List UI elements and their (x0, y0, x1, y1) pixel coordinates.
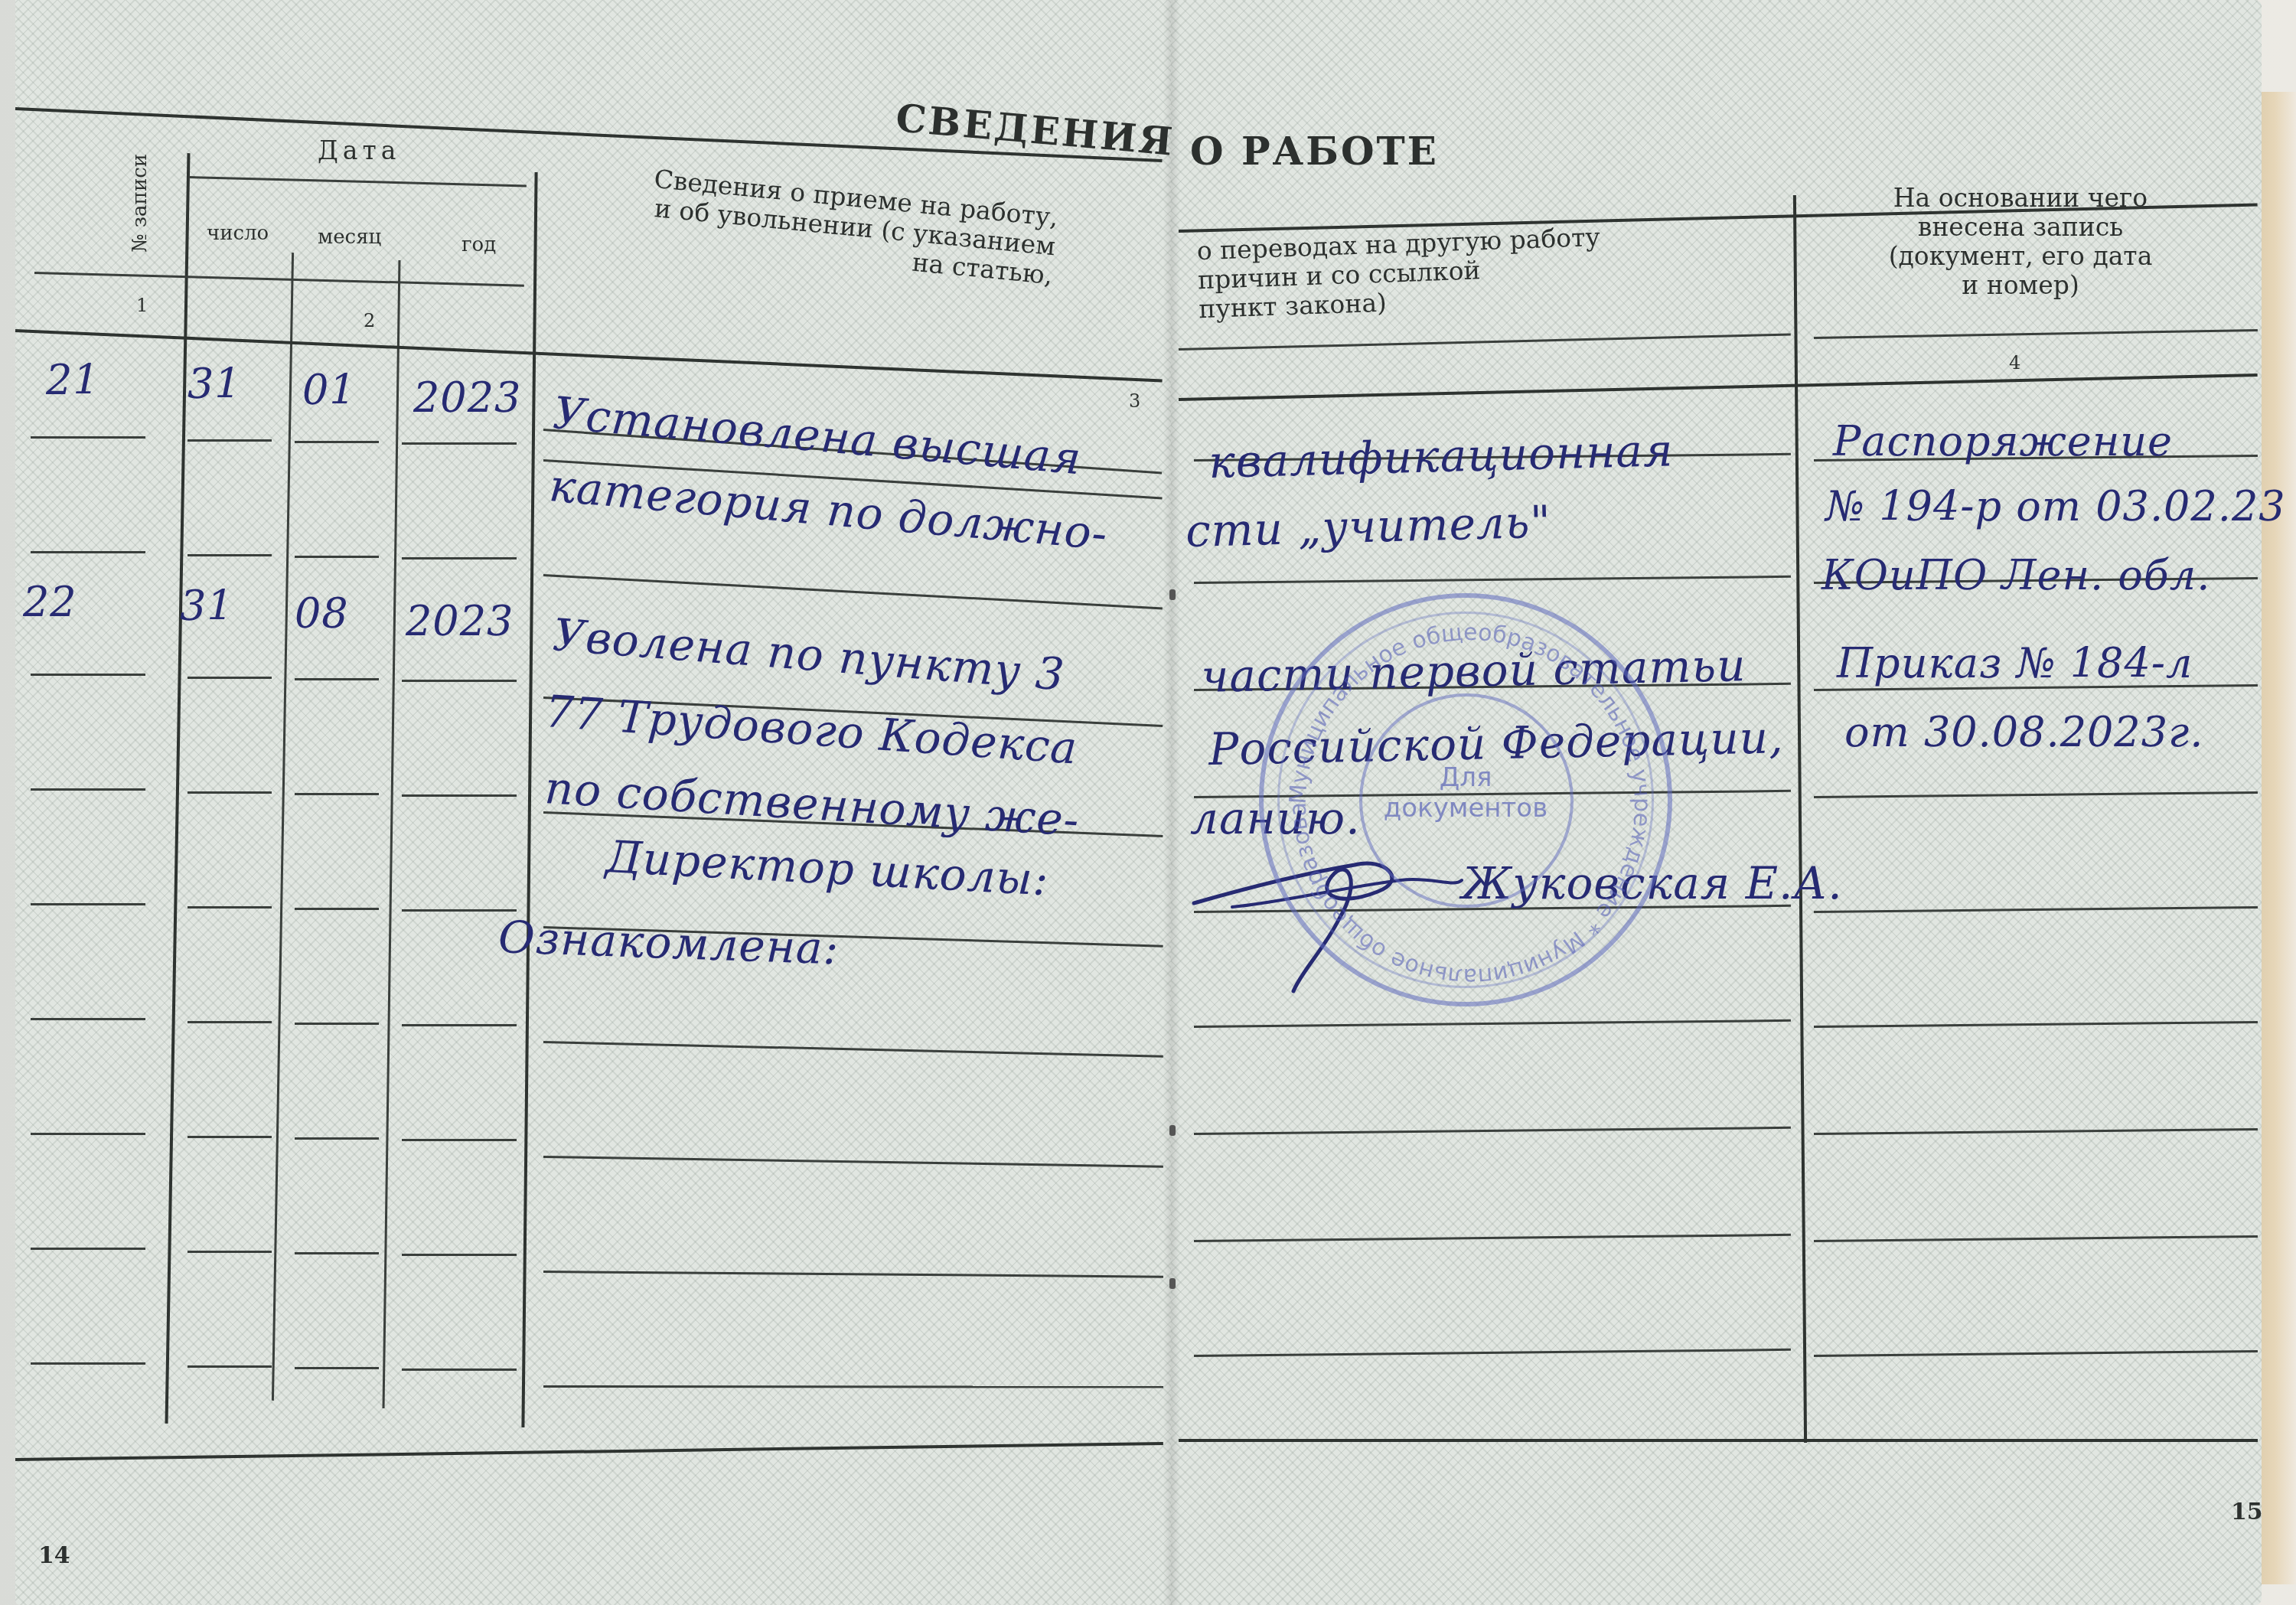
entry-22-basis-1: Приказ № 184-л (1837, 639, 2193, 687)
row-rule (295, 1023, 379, 1025)
row-rule (188, 1365, 272, 1368)
organization-stamp: Муниципальное общеобразовательное учрежд… (1259, 593, 1672, 1006)
row-rule (188, 1021, 272, 1023)
title-right: О РАБОТЕ (1190, 129, 1439, 174)
entry-22-basis-2: от 30.08.2023г. (1844, 708, 2204, 756)
row-rule (402, 1368, 517, 1371)
row-rule (295, 556, 379, 558)
header-info-right: о переводах на другую работу причин и со… (1196, 223, 1603, 324)
entry-21-basis-3: КОиПО Лен. обл. (1821, 551, 2210, 599)
binding-stitch (1169, 1278, 1176, 1289)
entry-21-number: 21 (46, 356, 100, 404)
entry-21-day: 31 (188, 360, 242, 408)
row-rule (295, 441, 379, 443)
entry-21-month: 01 (302, 366, 357, 414)
header-day: число (207, 222, 269, 245)
employment-record-spread: СВЕДЕНИЯ О РАБОТЕ № записи Дата число ме… (15, 0, 2262, 1605)
row-rule (31, 1133, 145, 1135)
row-rule (295, 678, 379, 680)
entry-22-number: 22 (23, 578, 77, 626)
entry-21-year: 2023 (413, 374, 521, 422)
row-rule (402, 1254, 517, 1256)
row-rule (188, 791, 272, 794)
entry-22-day: 31 (180, 582, 234, 630)
row-rule (31, 674, 145, 676)
stamp-center-line2: документов (1264, 793, 1668, 824)
page-number-right: 15 (2231, 1499, 2263, 1525)
entry-22-month: 08 (295, 589, 349, 638)
header-entry-no: № записи (129, 154, 152, 253)
row-rule (402, 557, 517, 559)
stamp-center-line1: Для (1264, 762, 1668, 793)
header-date: Дата (318, 136, 400, 165)
row-rule (295, 908, 379, 910)
row-rule (402, 794, 517, 797)
row-rule (402, 1024, 517, 1026)
row-rule (31, 1362, 145, 1365)
row-rule (188, 554, 272, 556)
header-year: год (461, 233, 496, 256)
row-rule (31, 1018, 145, 1020)
binding-stitch (1169, 589, 1176, 600)
row-rule (295, 1252, 379, 1254)
entry-21-basis-2: № 194-р от 03.02.23 (1825, 482, 2286, 530)
row-rule (402, 680, 517, 682)
row-rule (188, 677, 272, 679)
row-rule (543, 1385, 1163, 1388)
binding-stitch (1169, 1125, 1176, 1136)
row-rule (188, 1136, 272, 1138)
col-number-4: 4 (2009, 352, 2020, 374)
row-rule (295, 1367, 379, 1369)
row-rule (188, 906, 272, 909)
row-rule (295, 793, 379, 795)
entry-22-year: 2023 (406, 597, 514, 645)
row-rule (31, 551, 145, 553)
entry-21-text-right-2: сти „учитель" (1185, 496, 1552, 557)
row-rule (402, 442, 517, 445)
row-rule (188, 439, 272, 442)
row-rule (402, 1139, 517, 1141)
row-rule (295, 1137, 379, 1140)
row-rule (31, 1248, 145, 1250)
row-rule (31, 788, 145, 791)
col-number-1: 1 (136, 295, 148, 316)
header-month: месяц (318, 226, 381, 249)
header-basis: На основании чего внесена запись (докуме… (1837, 184, 2204, 300)
row-rule (31, 436, 145, 439)
col-number-2: 2 (364, 310, 375, 331)
row-rule (31, 903, 145, 905)
entry-21-basis-1: Распоряжение (1833, 417, 2173, 465)
book-gutter (1163, 0, 1180, 1605)
col-number-3: 3 (1129, 390, 1140, 412)
page-number-left: 14 (38, 1542, 70, 1569)
table-bottom-border (1179, 1439, 2258, 1442)
row-rule (188, 1251, 272, 1253)
